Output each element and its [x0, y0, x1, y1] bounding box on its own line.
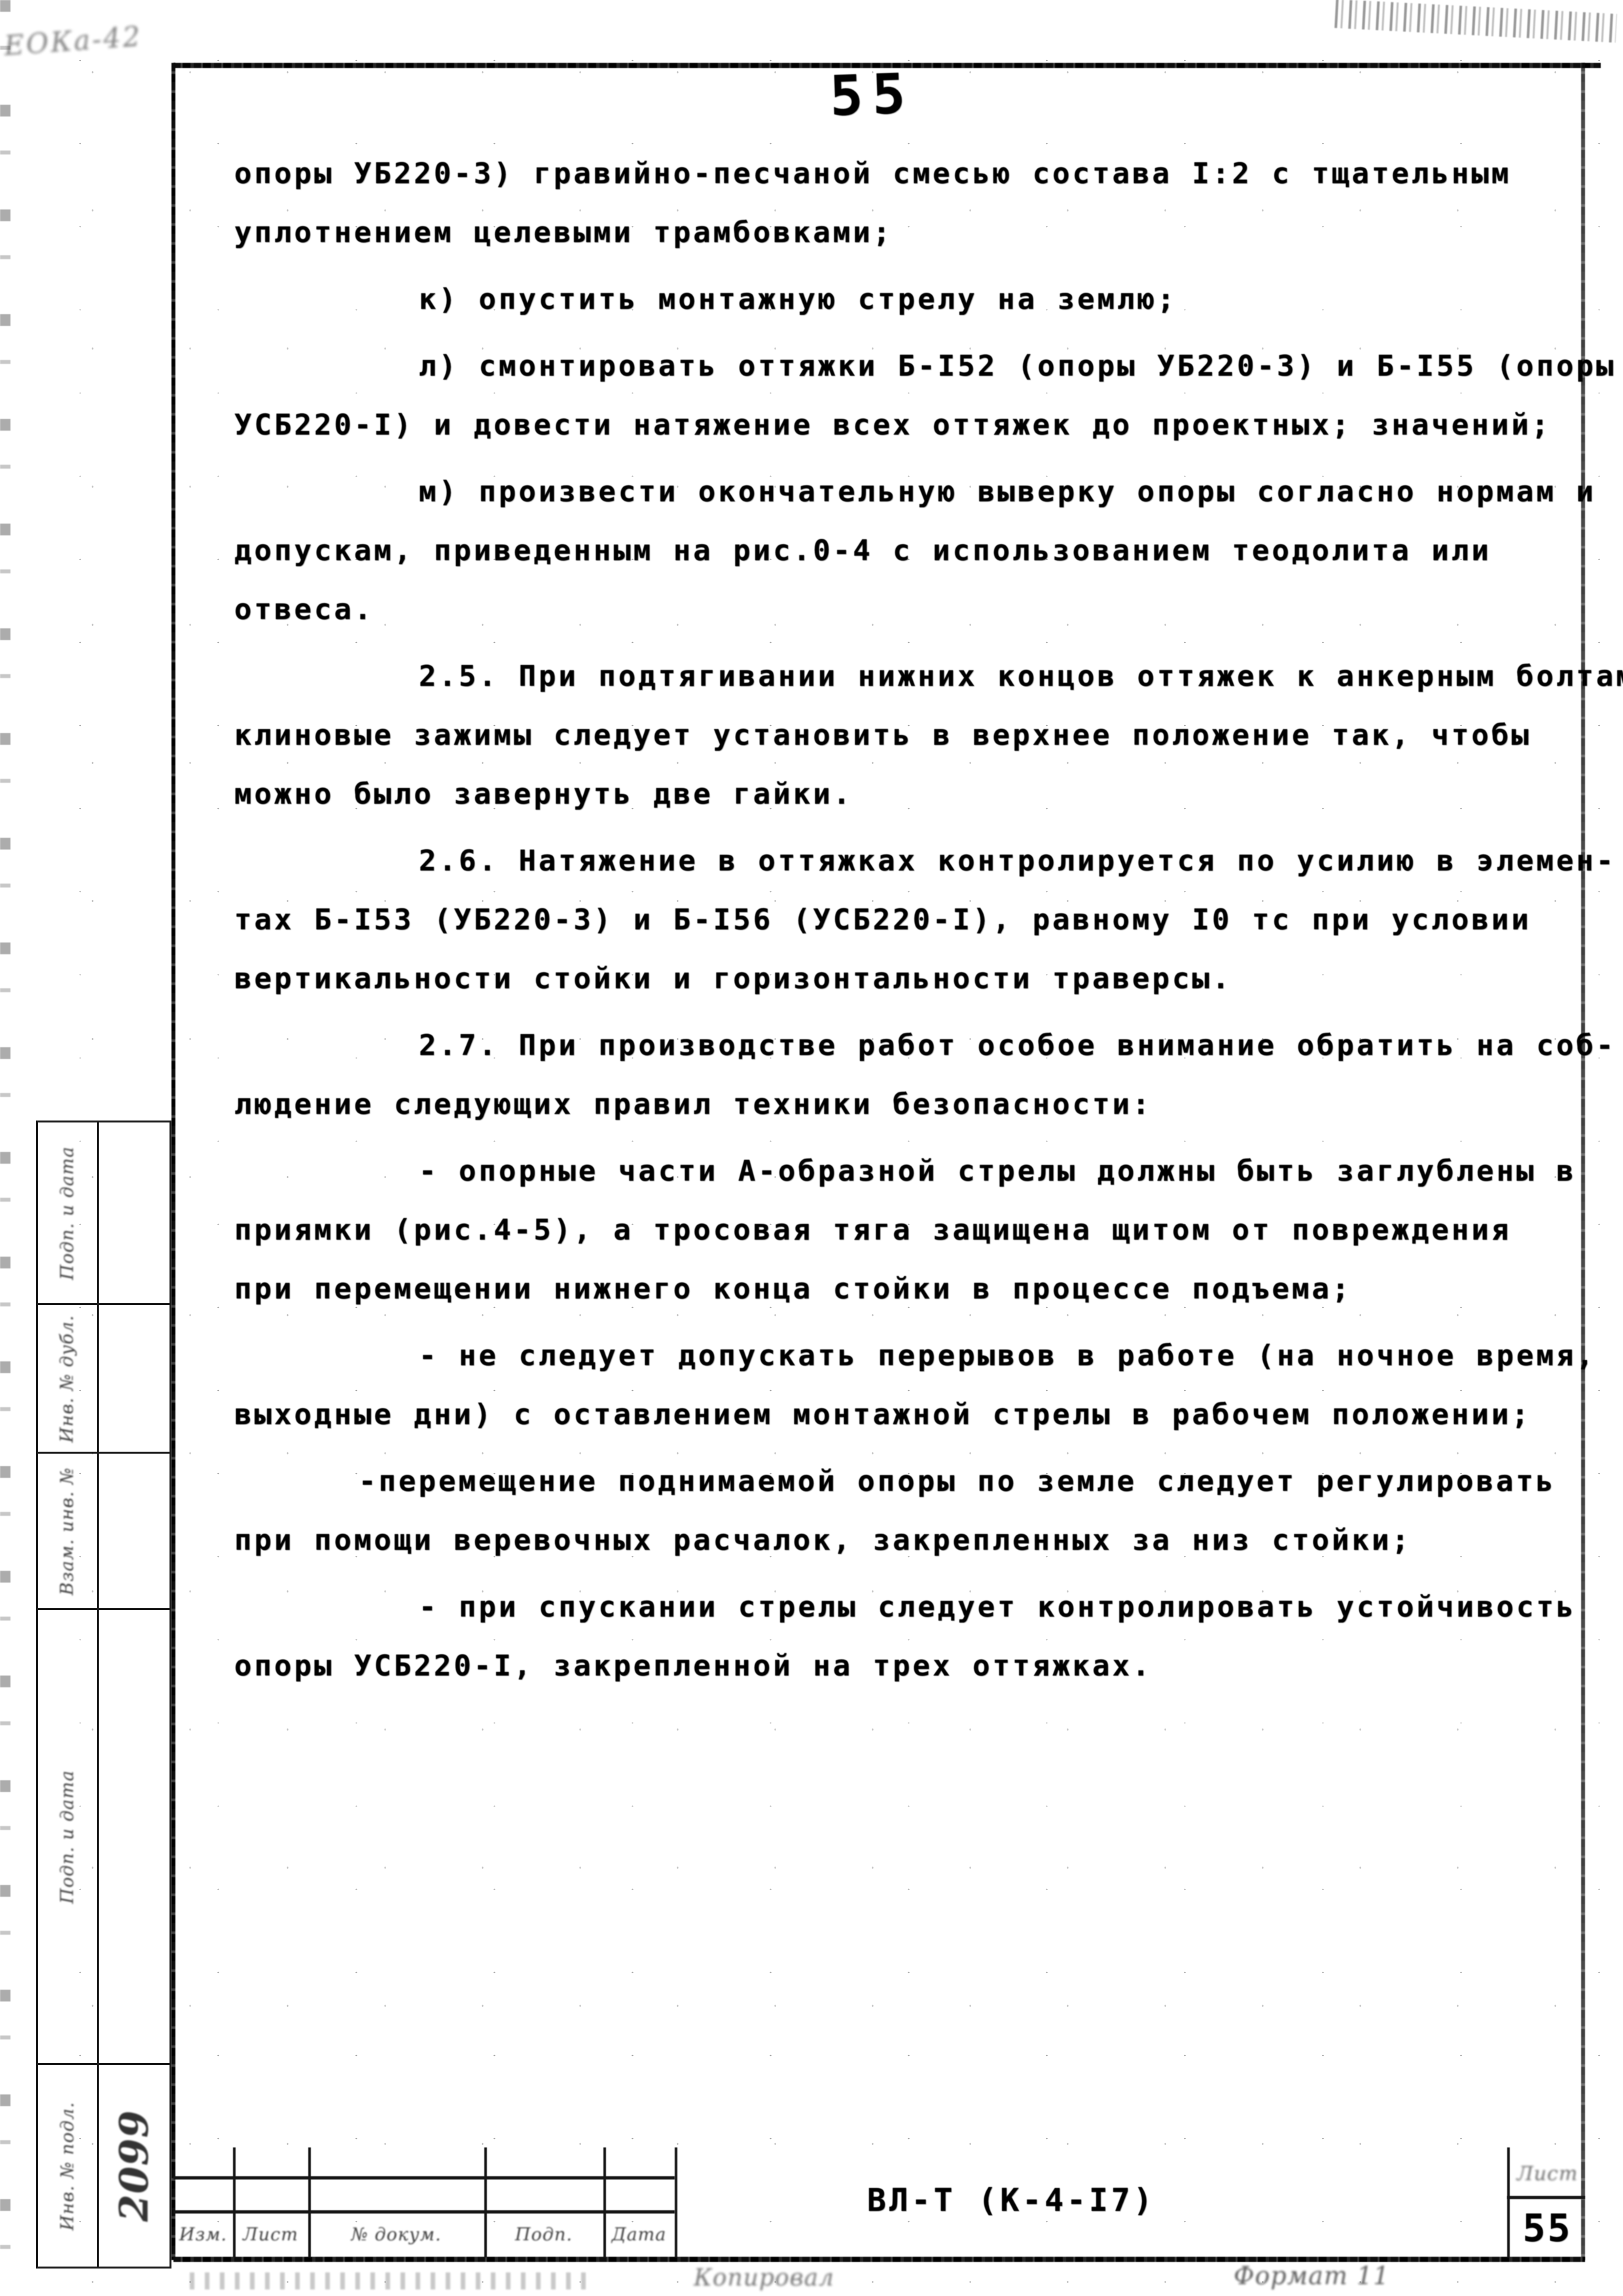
text-line: -перемещение поднимаемой опоры по земле …	[234, 1452, 1582, 1511]
text-line: - не следует допускать перерывов в работ…	[234, 1327, 1582, 1386]
text-line: людение следующих правил техники безопас…	[234, 1075, 1582, 1134]
document-code: ВЛ-Т (К-4-I7)	[867, 2175, 1156, 2226]
margin-box: Инв. № подл. 2099	[36, 2063, 171, 2269]
top-right-scan-smudge	[1334, 0, 1617, 43]
corner-pencil-note: ЕОКа-42	[3, 20, 143, 62]
text-line: уплотнением целевыми трамбовками;	[234, 204, 1582, 262]
text-line: допускам, приведенным на рис.0-4 с испол…	[234, 522, 1582, 581]
column-label: № докум.	[308, 2213, 484, 2257]
margin-label-cell: Подп. и дата	[38, 1122, 99, 1303]
margin-label-cell: Инв. № дубл.	[38, 1305, 99, 1452]
margin-label-cell: Подп. и дата	[38, 1610, 99, 2063]
margin-label: Инв. № подл.	[58, 2102, 78, 2231]
text-line: УСБ220-I) и довести натяжение всех оттяж…	[234, 396, 1582, 455]
text-line: опоры УБ220-3) гравийно-песчаной смесью …	[234, 145, 1582, 204]
title-block-line	[173, 2176, 675, 2179]
text-line: при помощи веревочных расчалок, закрепле…	[234, 1511, 1582, 1570]
margin-label-cell: Взам. инв. №	[38, 1454, 99, 1608]
scanned-document-page: ЕОКа-42 55 опоры УБ220-3) гравийно-песча…	[0, 0, 1623, 2296]
margin-label-cell: Инв. № подл.	[38, 2065, 99, 2267]
sheet-number: 55	[1510, 2200, 1585, 2256]
margin-value-cell	[99, 1122, 169, 1303]
margin-box: Подп. и дата	[36, 1608, 171, 2065]
title-block-line	[675, 2147, 677, 2257]
sheet-label: Лист	[1510, 2151, 1585, 2196]
margin-value-cell	[99, 1454, 169, 1608]
page-edge-noise	[0, 0, 10, 2296]
text-line: - опорные части А-образной стрелы должны…	[234, 1142, 1582, 1201]
title-block: Изм. Лист № докум. Подп. Дата ВЛ-Т (К-4-…	[173, 2145, 1585, 2261]
inventory-number: 2099	[111, 2110, 157, 2222]
bottom-scan-smudge	[190, 2272, 596, 2289]
text-line: клиновые зажимы следует установить в вер…	[234, 706, 1582, 765]
text-line: выходные дни) с оставлением монтажной ст…	[234, 1386, 1582, 1444]
margin-label: Подп. и дата	[58, 1770, 78, 1903]
gost-margin-stack: Подп. и дата Инв. № дубл. Взам. инв. № П…	[36, 1121, 171, 2269]
margin-box: Подп. и дата	[36, 1121, 171, 1305]
margin-box: Инв. № дубл.	[36, 1303, 171, 1454]
column-label: Подп.	[484, 2213, 603, 2257]
text-line: л) смонтировать оттяжки Б-I52 (опоры УБ2…	[234, 337, 1582, 396]
text-line: 2.5. При подтягивании нижних концов оття…	[234, 647, 1582, 706]
margin-value-cell	[99, 1305, 169, 1452]
footer-copied-by: Копировал	[694, 2265, 834, 2291]
column-label: Лист	[233, 2213, 308, 2257]
text-line: м) произвести окончательную выверку опор…	[234, 463, 1582, 522]
margin-box: Взам. инв. №	[36, 1452, 171, 1610]
footer-format-note: Формат 11	[1234, 2261, 1389, 2290]
page-number: 55	[829, 62, 915, 128]
margin-value-cell	[99, 1610, 169, 2063]
text-line: - при спускании стрелы следует контролир…	[234, 1578, 1582, 1637]
text-line: 2.7. При производстве работ особое внима…	[234, 1016, 1582, 1075]
text-line: 2.6. Натяжение в оттяжках контролируется…	[234, 832, 1582, 891]
margin-label: Подп. и дата	[58, 1146, 78, 1280]
title-block-line	[1507, 2196, 1585, 2199]
column-label: Изм.	[173, 2213, 233, 2257]
margin-label: Инв. № дубл.	[58, 1314, 78, 1442]
text-line: приямки (рис.4-5), а тросовая тяга защищ…	[234, 1201, 1582, 1260]
text-line: при перемещении нижнего конца стойки в п…	[234, 1260, 1582, 1319]
column-label: Дата	[603, 2213, 675, 2257]
text-line: опоры УСБ220-I, закрепленной на трех отт…	[234, 1637, 1582, 1696]
text-line: отвеса.	[234, 581, 1582, 639]
document-body: опоры УБ220-3) гравийно-песчаной смесью …	[234, 145, 1582, 1696]
margin-value-cell: 2099	[99, 2065, 169, 2267]
text-line: вертикальности стойки и горизонтальности…	[234, 950, 1582, 1009]
text-line: тах Б-I53 (УБ220-3) и Б-I56 (УСБ220-I), …	[234, 891, 1582, 950]
text-line: к) опустить монтажную стрелу на землю;	[234, 270, 1582, 329]
margin-label: Взам. инв. №	[58, 1467, 78, 1595]
text-line: можно было завернуть две гайки.	[234, 765, 1582, 824]
frame-border-left	[171, 63, 175, 2260]
